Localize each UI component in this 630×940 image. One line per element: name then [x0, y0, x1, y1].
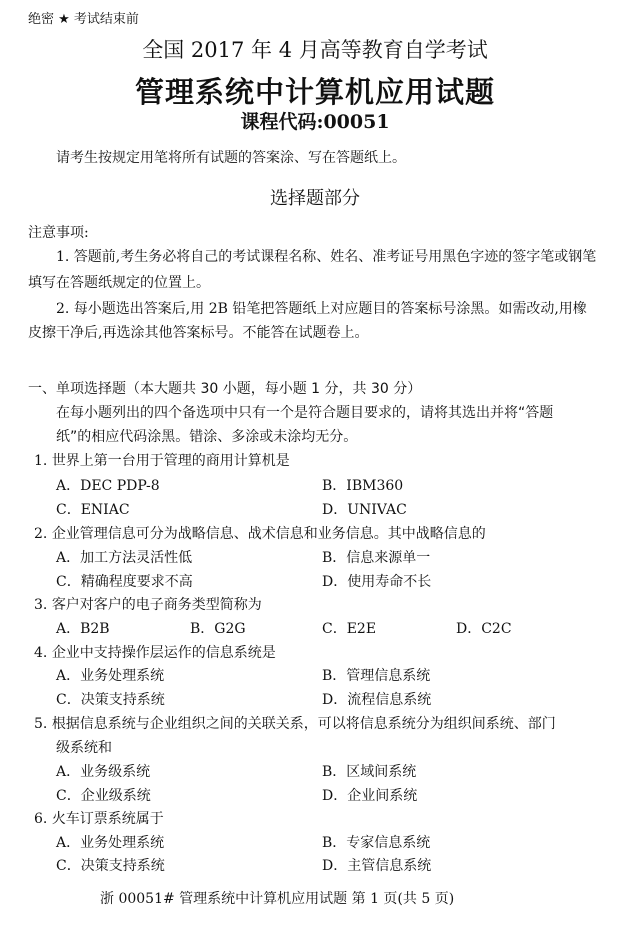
- option-d[interactable]: D．C2C: [456, 618, 512, 638]
- instruction-text: 请考生按规定用笔将所有试题的答案涂、写在答题纸上。: [56, 147, 406, 167]
- question-text: 根据信息系统与企业组织之间的关联关系，可以将信息系统分为组织间系统、部门: [52, 716, 556, 732]
- question-number: 5.: [34, 716, 47, 732]
- question-section-title: 一、单项选择题（本大题共 30 小题，每小题 1 分，共 30 分）: [28, 378, 421, 398]
- note-line: 皮擦干净后,再选涂其他答案标号。不能答在试题卷上。: [28, 322, 368, 342]
- notes-title: 注意事项:: [28, 222, 89, 242]
- question-text: 客户对客户的电子商务类型简称为: [52, 597, 262, 613]
- exam-header: 全国 2017 年 4 月高等教育自学考试: [0, 34, 630, 64]
- question-text: 企业中支持操作层运作的信息系统是: [52, 645, 276, 661]
- note-line: 2. 每小题选出答案后,用 2B 铅笔把答题纸上对应题目的答案标号涂黑。如需改动…: [28, 298, 587, 318]
- option-b[interactable]: B．信息来源单一: [322, 547, 430, 567]
- option-d[interactable]: D．主管信息系统: [322, 855, 431, 875]
- option-a[interactable]: A．B2B: [56, 618, 110, 638]
- question-number: 3.: [34, 597, 47, 613]
- option-a[interactable]: A．业务级系统: [56, 761, 150, 781]
- exam-title: 管理系统中计算机应用试题: [0, 70, 630, 111]
- section-heading: 选择题部分: [0, 184, 630, 210]
- option-c[interactable]: C．决策支持系统: [56, 855, 165, 875]
- option-a[interactable]: A．业务处理系统: [56, 665, 164, 685]
- page-footer: 浙 00051# 管理系统中计算机应用试题 第 1 页(共 5 页): [0, 888, 630, 908]
- question-text: 企业管理信息可分为战略信息、战术信息和业务信息。其中战略信息的: [52, 526, 486, 542]
- question-number: 6.: [34, 811, 47, 827]
- option-d[interactable]: D．使用寿命不长: [322, 571, 431, 591]
- option-b[interactable]: B．管理信息系统: [322, 665, 430, 685]
- question-section-description: 纸”的相应代码涂黑。错涂、多涂或未涂均无分。: [56, 426, 357, 446]
- course-code: 课程代码:00051: [0, 107, 630, 134]
- question-number: 4.: [34, 645, 47, 661]
- option-c[interactable]: C．企业级系统: [56, 785, 151, 805]
- option-b[interactable]: B．IBM360: [322, 475, 403, 495]
- question-text: 世界上第一台用于管理的商用计算机是: [52, 453, 290, 469]
- option-c[interactable]: C．决策支持系统: [56, 689, 165, 709]
- question-text: 火车订票系统属于: [52, 811, 164, 827]
- option-d[interactable]: D．UNIVAC: [322, 499, 407, 519]
- note-line: 填写在答题纸规定的位置上。: [28, 272, 210, 292]
- question-section-description: 在每小题列出的四个备选项中只有一个是符合题目要求的，请将其选出并将“答题: [56, 402, 553, 422]
- confidential-label: 绝密 ★ 考试结束前: [28, 8, 139, 27]
- option-a[interactable]: A．业务处理系统: [56, 832, 164, 852]
- option-c[interactable]: C．精确程度要求不高: [56, 571, 193, 591]
- option-b[interactable]: B．G2G: [190, 618, 246, 638]
- option-a[interactable]: A．DEC PDP-8: [56, 475, 160, 495]
- note-line: 1. 答题前,考生务必将自己的考试课程名称、姓名、准考证号用黑色字迹的签字笔或钢…: [28, 246, 596, 266]
- question-text-continued: 级系统和: [56, 737, 112, 757]
- option-a[interactable]: A．加工方法灵活性低: [56, 547, 192, 567]
- option-c[interactable]: C．E2E: [322, 618, 376, 638]
- option-d[interactable]: D．流程信息系统: [322, 689, 431, 709]
- option-d[interactable]: D．企业间系统: [322, 785, 417, 805]
- option-c[interactable]: C．ENIAC: [56, 499, 130, 519]
- option-b[interactable]: B．区域间系统: [322, 761, 416, 781]
- option-b[interactable]: B．专家信息系统: [322, 832, 430, 852]
- question-number: 1.: [34, 453, 47, 469]
- question-number: 2.: [34, 526, 47, 542]
